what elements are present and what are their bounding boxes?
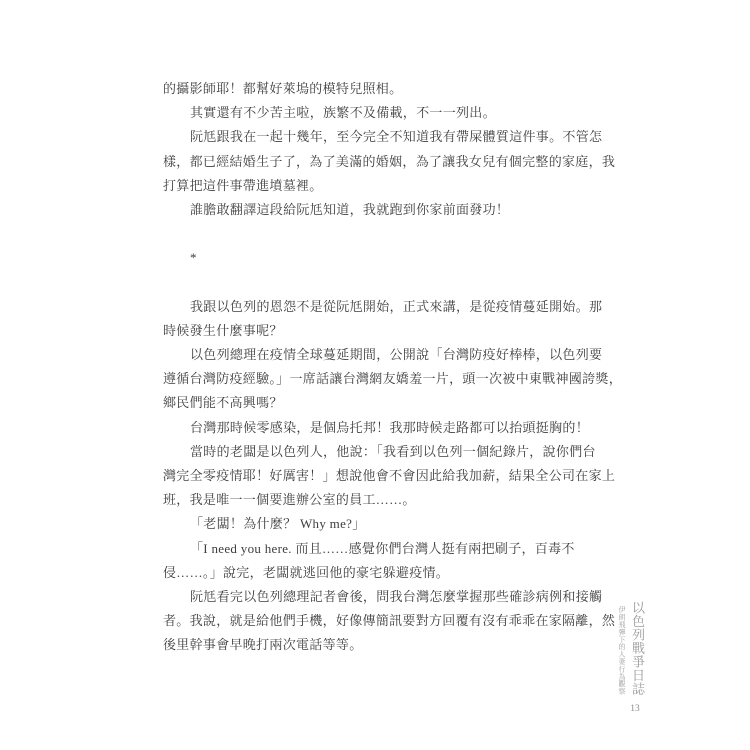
text-line: 者。我說，就是給他們手機，好像傳簡訊要對方回覆有沒有乖乖在家隔離，然 bbox=[163, 609, 608, 633]
page-number: 13 bbox=[625, 704, 645, 714]
body-text-block: 的攝影師耶！都幫好萊塢的模特兒照相。其實還有不少苦主啦，族繁不及備載，不一一列出… bbox=[163, 77, 608, 658]
text-line: 阮尪跟我在一起十幾年，至今完全不知道我有帶屎體質這件事。不管怎 bbox=[163, 125, 608, 149]
blank-line bbox=[163, 222, 608, 246]
text-line: 當時的老闆是以色列人，他說：「我看到以色列一個紀錄片，說你們台 bbox=[163, 440, 608, 464]
text-line: 誰膽敢翻譯這段給阮尪知道，我就跑到你家前面發功！ bbox=[163, 198, 608, 222]
text-line: 台灣那時候零感染，是個烏托邦！我那時候走路都可以抬頭挺胸的！ bbox=[163, 416, 608, 440]
book-subtitle-vertical: 伊朗飛彈下的人妻行為觀察 bbox=[617, 606, 627, 695]
text-line: 打算把這件事帶進墳墓裡。 bbox=[163, 174, 608, 198]
section-break-asterisk: * bbox=[163, 246, 608, 270]
text-line: 灣完全零疫情耶！好厲害！」想說他會不會因此給我加薪，結果全公司在家上 bbox=[163, 464, 608, 488]
text-line: 侵……。」說完，老闆就逃回他的豪宅躲避疫情。 bbox=[163, 561, 608, 585]
book-title-vertical: 以色列戰爭日誌 bbox=[628, 601, 647, 696]
text-line: 後里幹事會早晚打兩次電話等等。 bbox=[163, 633, 608, 657]
text-line: 時候發生什麼事呢？ bbox=[163, 319, 608, 343]
book-page: 的攝影師耶！都幫好萊塢的模特兒照相。其實還有不少苦主啦，族繁不及備載，不一一列出… bbox=[0, 0, 750, 750]
text-line: 遵循台灣防疫經驗。」一席話讓台灣網友嬌羞一片，頭一次被中東戰神國誇獎， bbox=[163, 367, 608, 391]
text-line: 阮尪看完以色列總理記者會後，問我台灣怎麼掌握那些確診病例和接觸 bbox=[163, 585, 608, 609]
text-line: 以色列總理在疫情全球蔓延期間，公開說「台灣防疫好棒棒，以色列要 bbox=[163, 343, 608, 367]
text-line: 班，我是唯一一個要進辦公室的員工……。 bbox=[163, 488, 608, 512]
text-line: 鄉民們能不高興嗎？ bbox=[163, 391, 608, 415]
text-line: 的攝影師耶！都幫好萊塢的模特兒照相。 bbox=[163, 77, 608, 101]
text-line: 我跟以色列的恩怨不是從阮尪開始，正式來講，是從疫情蔓延開始。那 bbox=[163, 295, 608, 319]
text-line: 「老闆！為什麼？ Why me?」 bbox=[163, 512, 608, 536]
text-line: 其實還有不少苦主啦，族繁不及備載，不一一列出。 bbox=[163, 101, 608, 125]
blank-line bbox=[163, 271, 608, 295]
text-line: 樣，都已經結婚生子了，為了美滿的婚姻，為了讓我女兒有個完整的家庭，我 bbox=[163, 150, 608, 174]
text-line: 「I need you here. 而且……感覺你們台灣人挺有兩把刷子，百毒不 bbox=[163, 537, 608, 561]
